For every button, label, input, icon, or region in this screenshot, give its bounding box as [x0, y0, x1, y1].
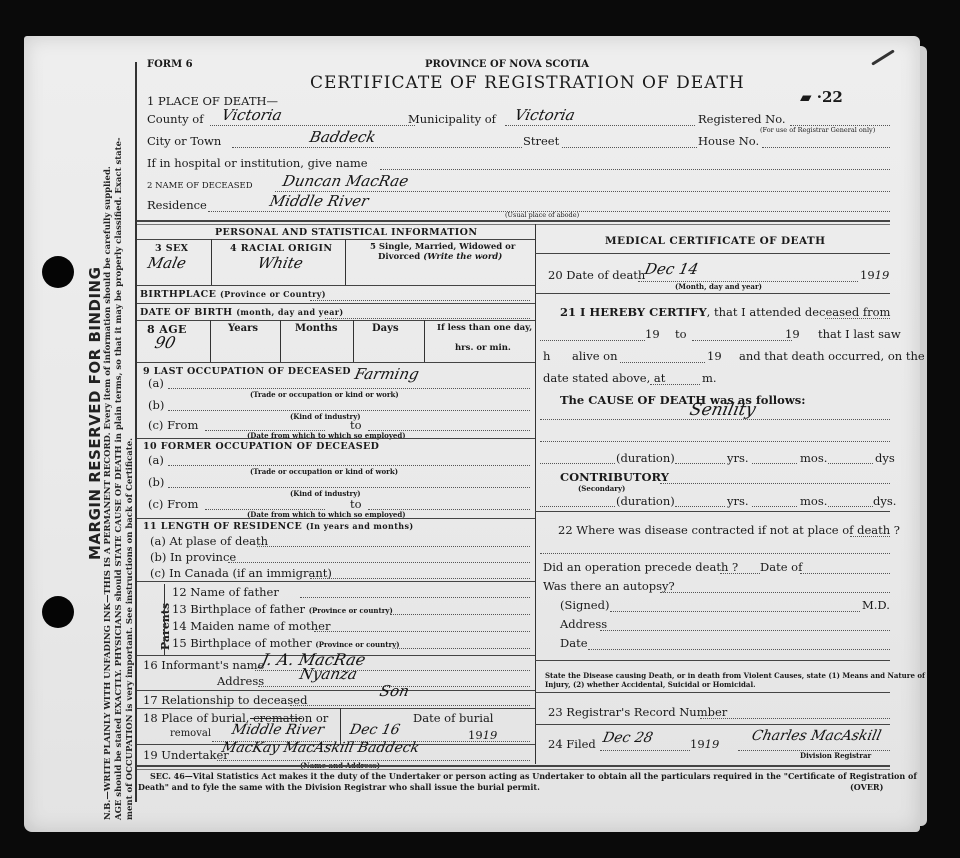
- former-occ-a-hint: (Trade or occupation or kind of work): [250, 467, 398, 476]
- informant-name-label: 16 Informant's name: [143, 658, 264, 672]
- residence-canada-label: (c) In Canada (if an immigrant): [150, 566, 332, 580]
- last-occ-a-label: (a): [148, 376, 164, 390]
- certify-date-stated: date stated above, at: [543, 371, 665, 385]
- last-occ-c-label: (c) From: [148, 418, 198, 432]
- dob-line: [325, 317, 530, 319]
- undertaker-label: 19 Undertaker: [143, 748, 229, 762]
- yrs-label: yrs.: [727, 451, 749, 465]
- county-label: County of: [147, 112, 204, 126]
- certify-19b: 19: [785, 327, 800, 341]
- residence-canada-line: [310, 577, 530, 579]
- cause-of-death-value[interactable]: Senility: [688, 400, 758, 420]
- row-line: [137, 239, 535, 240]
- city-label: City or Town: [147, 134, 221, 148]
- certify-alive-line: [620, 361, 705, 363]
- last-occupation-label: 9 LAST OCCUPATION OF DECEASED: [143, 366, 351, 377]
- birthplace-label: BIRTHPLACE (Province or Country): [140, 289, 326, 300]
- filed-year[interactable]: 1919: [690, 737, 719, 751]
- municipality-label: Municipality of: [408, 112, 496, 126]
- date-of-death-hint: (Month, day and year): [675, 282, 762, 291]
- registrar-record-line: [700, 717, 890, 719]
- parents-divider: [164, 584, 165, 656]
- section-divider: [137, 220, 890, 225]
- certify-h: h: [543, 349, 550, 363]
- residence-at-place-label: (a) At plase of death: [150, 534, 268, 548]
- row-line: [137, 303, 535, 304]
- row-line: [137, 320, 535, 321]
- form-number: FORM 6: [147, 59, 193, 70]
- county-value[interactable]: Victoria: [220, 106, 284, 124]
- hospital-label: If in hospital or institution, give name: [147, 156, 368, 170]
- binding-hole-bottom: [42, 596, 74, 628]
- mos-label: mos.: [800, 451, 827, 465]
- operation-line: [720, 572, 760, 574]
- hospital-line: [380, 168, 890, 170]
- last-occ-b-line: [168, 409, 530, 411]
- father-name-line: [300, 596, 530, 598]
- former-occ-b-label: (b): [148, 475, 164, 489]
- filed-label: 24 Filed: [548, 737, 596, 751]
- contributory-hint: (Secondary): [578, 484, 625, 493]
- informant-address-value[interactable]: Nyanza: [298, 665, 359, 683]
- mother-maiden-line: [314, 630, 530, 632]
- certify-m: m.: [702, 371, 717, 385]
- house-no-line: [762, 146, 890, 148]
- row-line: [137, 285, 535, 286]
- date-of-death-label: 20 Date of death: [548, 268, 645, 282]
- cell-divider: [211, 239, 212, 285]
- former-occ-c-label: (c) From: [148, 497, 198, 511]
- cell-divider: [340, 708, 341, 744]
- mother-birthplace-label: 15 Birthplace of mother (Province or cou…: [172, 636, 400, 650]
- length-of-residence-label: 11 LENGTH OF RESIDENCE (In years and mon…: [143, 521, 414, 532]
- cell-divider: [280, 320, 281, 362]
- column-divider: [535, 224, 536, 764]
- personal-section-title: PERSONAL AND STATISTICAL INFORMATION: [215, 227, 477, 238]
- burial-year[interactable]: 1919: [468, 728, 497, 742]
- sex-label: 3 SEX: [155, 243, 188, 254]
- operation-label: Did an operation precede death ?: [543, 560, 738, 574]
- certify-19a: 19: [645, 327, 660, 341]
- margin-note-line: N.B.—WRITE PLAINLY WITH UNFADING INK—THI…: [103, 137, 114, 820]
- row-line: [535, 724, 890, 725]
- dys-line: [828, 462, 873, 464]
- mother-maiden-name-label: 14 Maiden name of mother: [172, 619, 330, 633]
- dys2-label: dys.: [873, 494, 896, 508]
- former-occ-a-line: [168, 464, 530, 466]
- informant-name-line: [255, 669, 530, 671]
- mos2-line: [752, 505, 797, 507]
- registrar-title: Division Registrar: [800, 751, 871, 760]
- margin-note-line: AGE should be stated EXACTLY. PHYSICIANS…: [114, 137, 125, 820]
- mos-line: [752, 462, 797, 464]
- certify-date-b-line: [692, 339, 792, 341]
- contracted-line-2: [540, 552, 890, 554]
- last-occ-b-label: (b): [148, 398, 164, 412]
- signed-label: (Signed): [560, 598, 609, 612]
- municipality-value[interactable]: Victoria: [513, 106, 577, 124]
- certify-alive-on: alive on: [572, 349, 618, 363]
- row-line: [137, 438, 535, 439]
- strikethrough: [250, 718, 302, 719]
- registered-no-note: (For use of Registrar General only): [760, 126, 875, 134]
- cell-divider: [210, 320, 211, 362]
- operation-date-line: [800, 572, 890, 574]
- last-occ-to-label: to: [350, 418, 362, 432]
- months-label: Months: [295, 323, 338, 334]
- burial-place-value[interactable]: Middle River: [230, 722, 325, 738]
- mother-birthplace-line: [395, 647, 530, 649]
- certify-from-line: [825, 317, 890, 319]
- row-line: [137, 518, 535, 519]
- relationship-line: [290, 704, 530, 706]
- street-line: [562, 146, 697, 148]
- marital-status-label: 5 Single, Married, Widowed or: [370, 242, 515, 252]
- city-value[interactable]: Baddeck: [308, 128, 377, 146]
- contracted-line-1: [850, 535, 890, 537]
- last-occ-a-hint: (Trade or occupation or kind or work): [250, 390, 399, 399]
- street-label: Street: [523, 134, 559, 148]
- former-occ-b-line: [168, 486, 530, 488]
- father-name-label: 12 Name of father: [172, 585, 279, 599]
- margin-binding-label: MARGIN RESERVED FOR BINDING: [86, 267, 104, 560]
- medical-address-line: [600, 629, 890, 631]
- cell-divider: [353, 320, 354, 362]
- page-title: CERTIFICATE OF REGISTRATION OF DEATH: [310, 73, 745, 93]
- birthplace-line: [310, 299, 530, 301]
- burial-removal-label: removal: [170, 728, 211, 739]
- row-line: [137, 708, 535, 709]
- signed-line: [610, 610, 860, 612]
- md-label: M.D.: [862, 598, 890, 612]
- date-of-death-value[interactable]: Dec 14: [643, 260, 700, 278]
- medical-date-label: Date: [560, 636, 588, 650]
- undertaker-value[interactable]: MacKay MacAskill Baddeck: [220, 740, 420, 756]
- city-line: [232, 146, 522, 148]
- binding-hole-top: [42, 256, 74, 288]
- mos2-label: mos.: [800, 494, 827, 508]
- dys2-line: [828, 505, 873, 507]
- date-of-death-year[interactable]: 1919: [860, 268, 889, 282]
- father-birthplace-label: 13 Birthplace of father (Province or cou…: [172, 602, 393, 616]
- row-line: [535, 511, 890, 512]
- cause-of-death-label: The CAUSE OF DEATH was as follows:: [560, 393, 805, 407]
- former-occ-a-label: (a): [148, 453, 164, 467]
- residence-province-line: [228, 561, 530, 563]
- racial-origin-label: 4 RACIAL ORIGIN: [230, 243, 332, 254]
- duration-label: (duration): [616, 451, 675, 465]
- medical-section-title: MEDICAL CERTIFICATE OF DEATH: [605, 235, 825, 247]
- years-label: Years: [228, 323, 258, 334]
- cause-line-2: [540, 440, 890, 442]
- relationship-value[interactable]: Son: [378, 682, 411, 700]
- certify-last-saw: that I last saw: [818, 327, 901, 341]
- yrs-line: [675, 462, 725, 464]
- last-occupation-value[interactable]: Farming: [353, 365, 421, 383]
- row-line: [137, 362, 535, 363]
- residence-at-place-line: [257, 545, 530, 547]
- disease-note-line-2: Injury, (2) whether Accidental, Suicidal…: [545, 680, 756, 689]
- dys-label: dys: [875, 451, 895, 465]
- date-of-birth-label: DATE OF BIRTH (month, day and year): [140, 307, 344, 318]
- filed-line: [600, 749, 690, 751]
- burial-date-label: Date of burial: [413, 711, 493, 725]
- filed-date-value[interactable]: Dec 28: [601, 730, 654, 746]
- certify-19c: 19: [707, 349, 722, 363]
- residence-note: (Usual place of abode): [505, 211, 579, 219]
- yrs2-line: [675, 505, 725, 507]
- row-line: [535, 660, 890, 661]
- name-of-deceased-value[interactable]: Duncan MacRae: [281, 172, 410, 190]
- contributory-line: [660, 482, 890, 484]
- relationship-label: 17 Relationship to deceased: [143, 693, 307, 707]
- marital-status-label-2: Divorced (Write the word): [378, 252, 502, 262]
- name-of-deceased-label: 2 NAME OF DECEASED: [147, 181, 253, 191]
- house-no-label: House No.: [698, 134, 759, 148]
- certify-time-line: [650, 383, 700, 385]
- over-label: (OVER): [850, 782, 883, 792]
- footer-sec-line-2: Death" and to fyle the same with the Div…: [138, 782, 540, 792]
- hrs-min-label: hrs. or min.: [455, 343, 511, 353]
- burial-date-value[interactable]: Dec 16: [348, 722, 401, 738]
- days-label: Days: [372, 323, 399, 334]
- section-divider: [137, 765, 890, 770]
- former-occupation-label: 10 FORMER OCCUPATION OF DECEASED: [143, 441, 379, 452]
- disease-contracted-label: 22 Where was disease contracted if not a…: [558, 523, 900, 537]
- cell-divider: [345, 239, 346, 285]
- last-occ-a-line: [168, 387, 530, 389]
- racial-origin-value[interactable]: White: [256, 254, 305, 272]
- row-line: [535, 253, 890, 254]
- registrar-signature[interactable]: Charles MacAskill: [750, 728, 882, 744]
- disease-note-line-1: State the Disease causing Death, or in d…: [545, 671, 925, 680]
- row-line: [137, 690, 535, 691]
- father-birthplace-line: [390, 613, 530, 615]
- cause-line-1: [540, 418, 890, 420]
- less-than-day-label: If less than one day,: [437, 323, 532, 333]
- age-value[interactable]: 90: [153, 333, 177, 352]
- province-label: PROVINCE OF NOVA SCOTIA: [425, 59, 589, 70]
- footer-sec-line-1: SEC. 46—Vital Statistics Act makes it th…: [150, 771, 917, 781]
- duration2-label: (duration): [616, 494, 675, 508]
- certify-date-a-line: [540, 339, 645, 341]
- row-line: [535, 692, 890, 693]
- parents-side-label: Parents: [159, 603, 172, 650]
- residence-value[interactable]: Middle River: [268, 192, 370, 210]
- former-occ-to-label: to: [350, 497, 362, 511]
- sex-value[interactable]: Male: [146, 254, 188, 272]
- row-line: [137, 581, 535, 582]
- form-left-border: [135, 62, 137, 802]
- yrs2-label: yrs.: [727, 494, 749, 508]
- duration-line: [540, 462, 615, 464]
- municipality-line: [505, 124, 695, 126]
- certify-to: to: [675, 327, 687, 341]
- certify-occurred: and that death occurred, on the: [739, 349, 925, 363]
- cell-divider: [424, 320, 425, 362]
- duration2-line: [540, 505, 615, 507]
- registered-number-stamp: ▰ ·22: [800, 88, 843, 106]
- county-line: [210, 124, 415, 126]
- registered-no-label: Registered No.: [698, 112, 786, 126]
- autopsy-label: Was there an autopsy?: [543, 579, 675, 593]
- residence-province-label: (b) In province: [150, 550, 236, 564]
- medical-date-line: [588, 648, 890, 650]
- margin-instructions: N.B.—WRITE PLAINLY WITH UNFADING INK—THI…: [103, 137, 136, 820]
- autopsy-line: [660, 591, 890, 593]
- row-line: [535, 293, 890, 294]
- operation-date-label: Date of: [760, 560, 802, 574]
- contributory-label: CONTRIBUTORY: [560, 470, 669, 484]
- residence-label: Residence: [147, 198, 207, 212]
